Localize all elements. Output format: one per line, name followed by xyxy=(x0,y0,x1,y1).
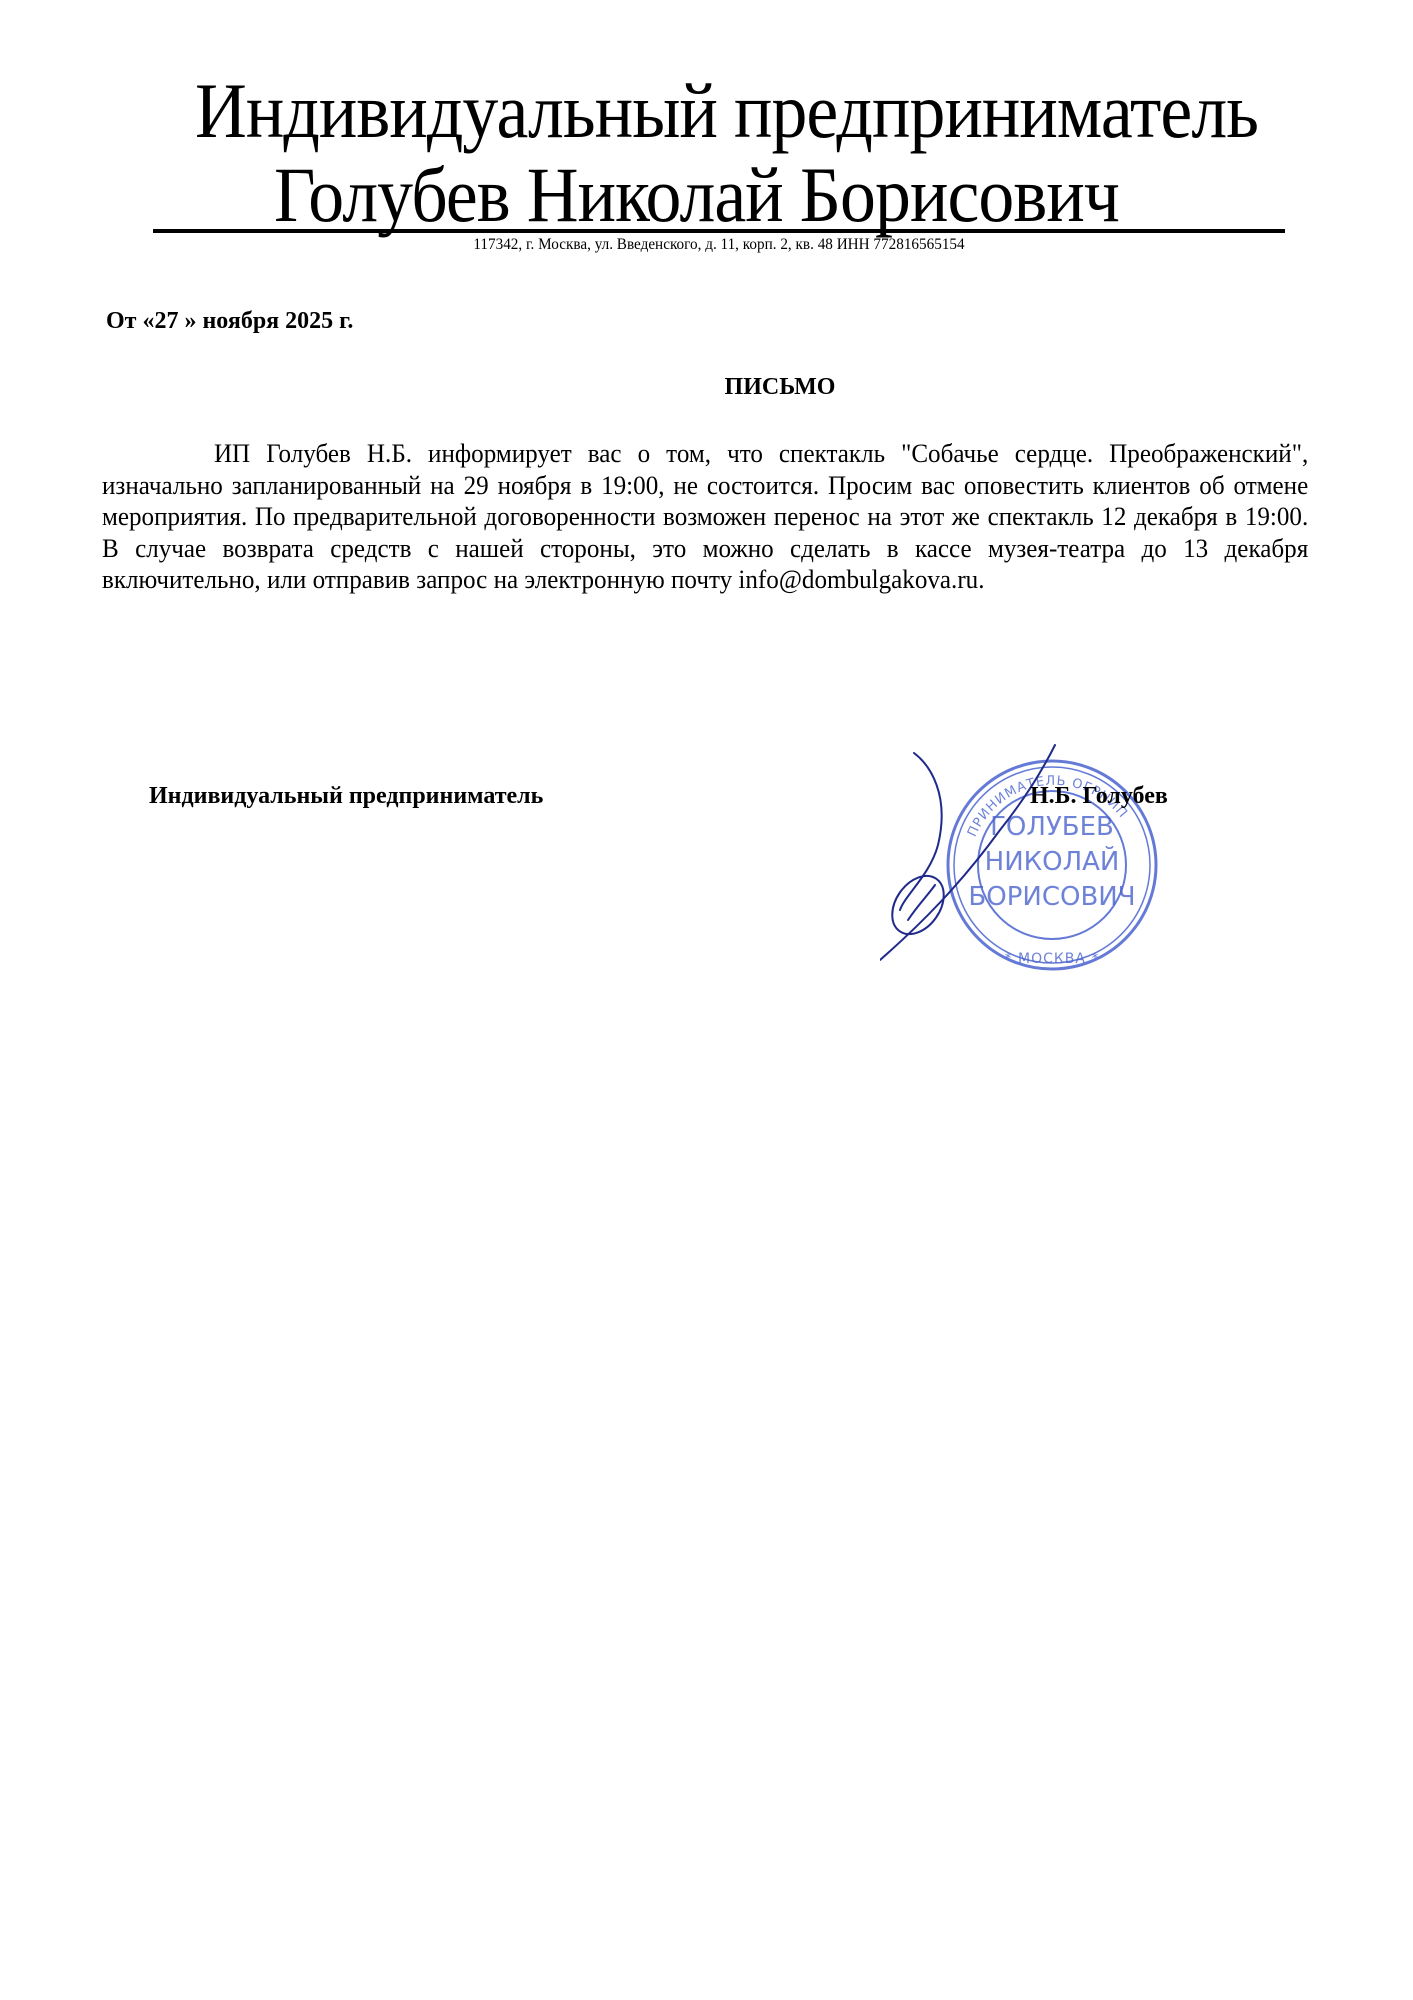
official-stamp-icon: ПРИНИМАТЕЛЬ ОГРНИП * МОСКВА * ГОЛУБЕВ НИ… xyxy=(880,735,1180,995)
header-divider xyxy=(153,229,1285,233)
letterhead-title: Индивидуальный предприниматель xyxy=(77,72,1377,150)
stamp-line-1: ГОЛУБЕВ xyxy=(990,812,1114,842)
stamp-line-3: БОРИСОВИЧ xyxy=(968,882,1135,912)
svg-text:* МОСКВА *: * МОСКВА * xyxy=(1005,951,1100,967)
signatory-position: Индивидуальный предприниматель xyxy=(149,783,543,810)
stamp-line-2: НИКОЛАЙ xyxy=(985,845,1120,877)
document-title: ПИСЬМО xyxy=(0,374,1413,401)
letter-body-text: ИП Голубев Н.Б. информирует вас о том, ч… xyxy=(102,439,1308,594)
letterhead-address: 117342, г. Москва, ул. Введенского, д. 1… xyxy=(181,236,1256,254)
signatory-name: Н.Б. Голубев xyxy=(1030,783,1168,810)
letter-date: От «27 » ноября 2025 г. xyxy=(106,308,353,335)
letterhead-name: Голубев Николай Борисович xyxy=(47,156,1347,234)
letter-body: ИП Голубев Н.Б. информирует вас о том, ч… xyxy=(102,438,1308,596)
